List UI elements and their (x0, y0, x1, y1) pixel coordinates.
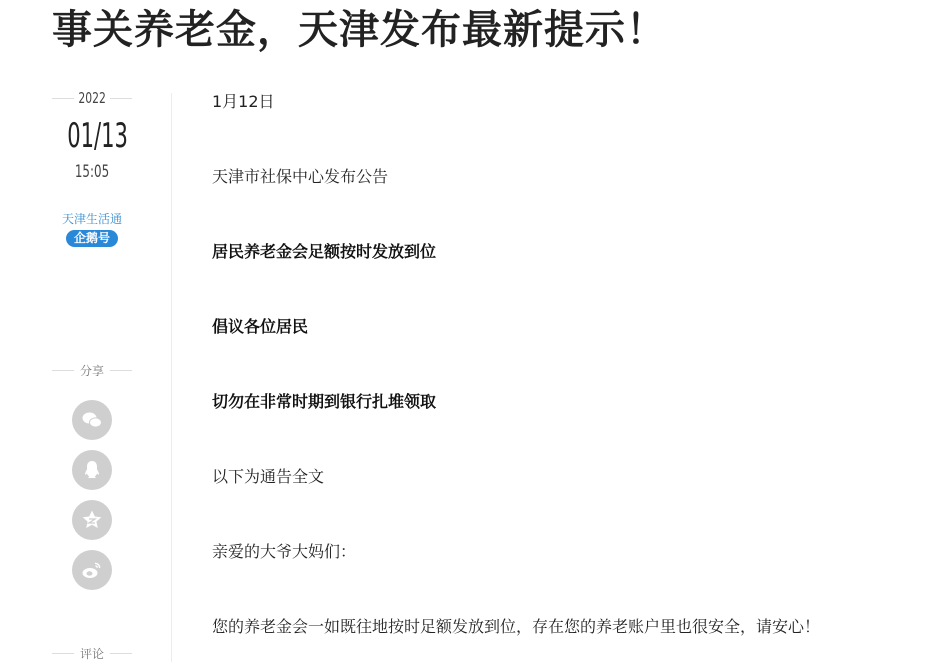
qzone-icon[interactable] (72, 500, 112, 540)
share-label: 分享 (80, 364, 104, 378)
paragraph-intro: 以下为通告全文 (212, 464, 912, 489)
author-badge: 企鹅号 (66, 230, 118, 247)
publish-year: 2022 (78, 89, 105, 107)
share-heading: 分享 (52, 360, 132, 380)
publish-date: 01/13 (67, 114, 117, 158)
wechat-icon[interactable] (72, 400, 112, 440)
paragraph-date: 1月12日 (212, 89, 912, 114)
comment-heading: 评论 (52, 643, 132, 662)
weibo-icon[interactable] (72, 550, 112, 590)
paragraph-highlight-2: 倡议各位居民 (212, 314, 912, 339)
comment-label: 评论 (80, 647, 104, 661)
publish-time: 15:05 (64, 162, 120, 182)
paragraph-highlight-3: 切勿在非常时期到银行扎堆领取 (212, 389, 912, 414)
paragraph-body: 您的养老金会一如既往地按时足额发放到位，存在您的养老账户里也很安全，请安心！ (212, 614, 912, 639)
vertical-divider (171, 93, 172, 662)
article-meta: 2022 01/13 15:05 天津生活通 企鹅号 (52, 88, 132, 247)
paragraph-highlight-1: 居民养老金会足额按时发放到位 (212, 239, 912, 264)
article-title: 事关养老金，天津发布最新提示！ (52, 4, 667, 56)
share-panel: 分享 (52, 360, 132, 600)
paragraph-announcement: 天津市社保中心发布公告 (212, 164, 912, 189)
author-name[interactable]: 天津生活通 (52, 210, 132, 227)
article-body: 1月12日 天津市社保中心发布公告 居民养老金会足额按时发放到位 倡议各位居民 … (212, 89, 912, 639)
qq-icon[interactable] (72, 450, 112, 490)
paragraph-greeting: 亲爱的大爷大妈们： (212, 539, 912, 564)
publish-year-row: 2022 (52, 88, 132, 108)
comment-section: 评论 (52, 643, 132, 662)
